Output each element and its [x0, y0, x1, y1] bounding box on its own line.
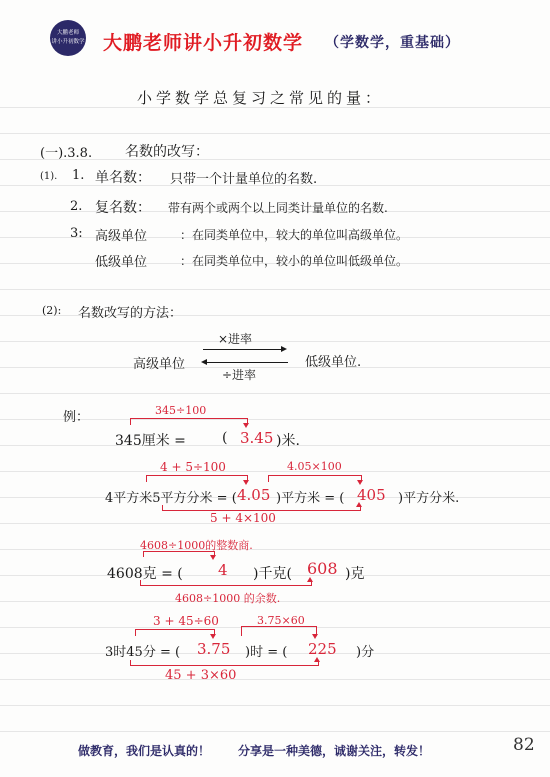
ex2-lhs: 4平方米5平方分米 = (	[105, 487, 237, 506]
arrow-left-icon	[201, 359, 207, 365]
ex1-lhs: 345厘米 =	[115, 430, 186, 450]
part1-label: (1).	[40, 171, 57, 182]
arrow-down-icon	[357, 480, 363, 485]
ex2-bracket2	[268, 475, 362, 482]
item2-definition: 带有两个或两个以上同类计量单位的名数.	[168, 199, 388, 216]
item2-num: 2.	[70, 199, 82, 214]
diagram-right-unit: 低级单位.	[305, 351, 361, 370]
ex4-bottom-bracket	[130, 660, 319, 666]
item3-term: 高级单位	[95, 225, 147, 244]
ex4-close: )分	[356, 641, 374, 660]
ex4-bracket1	[135, 629, 215, 636]
logo-line1: 大鹏老师	[50, 29, 86, 38]
ex2-bottom-note: 5 + 4×100	[210, 511, 276, 525]
multiply-arrow-line	[203, 349, 283, 350]
brand-title: 大鹏老师讲小升初数学	[103, 28, 303, 55]
ex2-mid: )平方米 = (	[276, 487, 344, 506]
ex4-answer2: 225	[308, 640, 337, 658]
arrow-up-icon	[314, 657, 320, 662]
ex3-answer1: 4	[218, 561, 228, 579]
arrow-right-icon	[281, 346, 287, 352]
page-title: 小学数学总复习之常见的量：	[137, 87, 384, 108]
item1-num: 1.	[72, 168, 84, 183]
arrow-down-icon	[210, 634, 216, 639]
ex3-bracket	[143, 551, 215, 557]
ex1-close: )米.	[276, 430, 300, 450]
section1-number: (一).3.8.	[40, 142, 92, 161]
arrow-down-icon	[210, 555, 216, 560]
page-header: 大鹏老师 讲小升初数学 大鹏老师讲小升初数学 （学数学，重基础）	[0, 0, 550, 80]
section2-label: (2):	[42, 304, 61, 317]
diagram-left-unit: 高级单位	[133, 353, 185, 372]
ex3-answer2: 608	[307, 559, 338, 578]
ex2-bracket1	[146, 475, 248, 482]
ex4-bracket2	[241, 626, 317, 636]
arrow-down-icon	[243, 480, 249, 485]
ex2-close: )平方分米.	[398, 487, 459, 506]
arrow-up-icon	[307, 577, 313, 582]
item3-definition: ：在同类单位中，较大的单位叫高级单位。	[180, 226, 408, 243]
ex2-answer1: 4.05	[237, 486, 270, 504]
diagram-top-label: ×进率	[218, 330, 252, 347]
arrow-down-icon	[312, 634, 318, 639]
item4-definition: ：在同类单位中，较小的单位叫低级单位。	[180, 252, 408, 269]
ex4-mid: )时 = (	[245, 641, 287, 660]
ex4-bottom-note: 45 + 3×60	[165, 668, 236, 683]
ex2-top-note2: 4.05×100	[287, 460, 342, 473]
ex2-top-note1: 4 + 5÷100	[160, 460, 226, 474]
diagram-bottom-label: ÷进率	[222, 366, 256, 383]
ex4-top-note1: 3 + 45÷60	[153, 614, 219, 628]
page-number: 82	[513, 735, 535, 755]
ex4-answer1: 3.75	[197, 640, 230, 658]
item1-term: 单名数：	[95, 167, 151, 187]
section2-heading: 名数改写的方法：	[78, 302, 182, 321]
logo-line2: 讲小升初数学	[50, 38, 86, 47]
footer-slogan-left: 做教育，我们是认真的！	[78, 742, 210, 759]
examples-label: 例：	[63, 406, 89, 425]
arrow-down-icon	[243, 423, 249, 428]
item2-term: 复名数：	[95, 197, 151, 217]
item3-num: 3:	[70, 226, 83, 241]
section1-heading: 名数的改写：	[125, 141, 209, 161]
ex3-bottom-bracket	[140, 580, 312, 586]
item1-definition: 只带一个计量单位的名数.	[170, 168, 317, 187]
brand-logo: 大鹏老师 讲小升初数学	[50, 20, 86, 56]
ex3-close: )克	[345, 563, 364, 583]
ex1-answer: 3.45	[240, 429, 273, 447]
ex4-lhs: 3时45分 = (	[105, 641, 180, 660]
brand-subtitle: （学数学，重基础）	[325, 32, 460, 52]
footer-slogan-right: 分享是一种美德，诚谢关注，转发！	[238, 742, 430, 759]
ex1-open: (	[222, 430, 227, 446]
ex1-top-note: 345÷100	[155, 404, 206, 417]
divide-arrow-line	[206, 362, 288, 363]
arrow-up-icon	[356, 502, 362, 507]
item4-term: 低级单位	[95, 251, 147, 270]
ex3-bottom-note: 4608÷1000 的余数.	[175, 590, 280, 606]
ex1-bracket	[130, 418, 248, 425]
